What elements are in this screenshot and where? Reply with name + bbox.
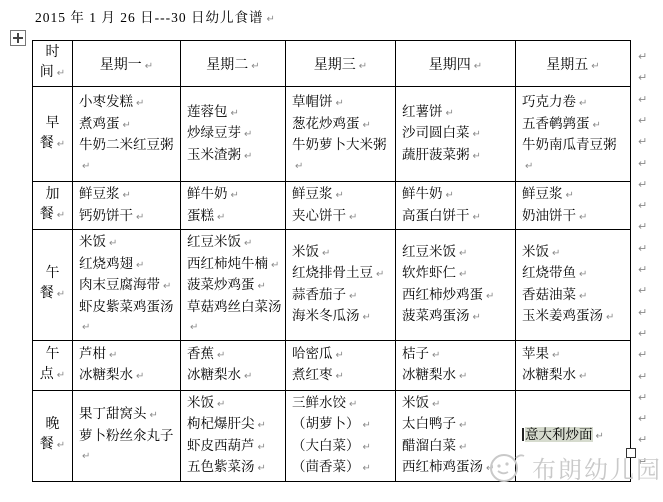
paragraph-mark: ↵ (579, 371, 587, 382)
row-label-char: 餐 (40, 437, 54, 452)
menu-item-text: 牛奶南瓜青豆粥 (522, 137, 617, 152)
menu-cell-dinner-wednesday[interactable]: 三鲜水饺↵（胡萝卜）↵（大白菜）↵（茴香菜）↵ (286, 390, 396, 481)
paragraph-mark: ↵ (231, 190, 239, 201)
paragraph-mark: ↵ (446, 190, 454, 201)
paragraph-mark: ↵ (217, 212, 225, 223)
menu-item: 菠菜炒鸡蛋↵ (187, 275, 282, 297)
menu-item-text: 虾皮紫菜鸡蛋汤 (79, 299, 174, 314)
menu-item-text: 红烧鸡翅 (79, 256, 133, 271)
paragraph-mark: ↵ (322, 248, 330, 259)
menu-cell-morning-snack-tuesday[interactable]: 鲜牛奶↵蛋糕↵ (181, 182, 286, 230)
paragraph-mark: ↵ (109, 350, 117, 361)
menu-item-text: 炒绿豆芽 (187, 125, 241, 140)
paragraph-mark: ↵ (82, 161, 90, 172)
paragraph-mark: ↵ (638, 412, 647, 425)
paragraph-mark: ↵ (638, 348, 647, 361)
menu-item-text: 米饭 (292, 244, 319, 259)
paragraph-mark: ↵ (606, 312, 614, 323)
menu-item-text: 苹果 (522, 346, 549, 361)
paragraph-mark: ↵ (525, 161, 533, 172)
paragraph-mark: ↵ (486, 291, 494, 302)
menu-cell-breakfast-thursday[interactable]: 红薯饼↵沙司圆白菜↵蔬肝菠菜粥↵ (396, 87, 516, 182)
menu-cell-breakfast-friday[interactable]: 巧克力卷↵五香鹌鹑蛋↵牛奶南瓜青豆粥↵ (516, 87, 631, 182)
menu-item: 芦柑↵ (79, 344, 177, 366)
menu-item: 意大利炒面↵ (522, 425, 627, 447)
doc-title[interactable]: 2015 年 1 月 26 日---30 日幼儿食谱↵ (35, 6, 276, 26)
paragraph-mark: ↵ (638, 157, 647, 170)
header-day-tuesday[interactable]: 星期二↵ (181, 41, 286, 87)
menu-cell-dinner-monday[interactable]: 果丁甜窝头↵萝卜粉丝氽丸子↵ (73, 390, 181, 481)
menu-item-text: 西红柿炖牛楠 (187, 256, 268, 271)
paragraph-mark: ↵ (566, 190, 574, 201)
paragraph-mark: ↵ (359, 61, 367, 72)
paragraph-mark: ↵ (638, 199, 647, 212)
menu-item-text: 钙奶饼干 (79, 208, 133, 223)
paragraph-mark: ↵ (57, 68, 65, 79)
paragraph-mark: ↵ (217, 350, 225, 361)
row-label-char: 午 (46, 347, 60, 362)
paragraph-mark: ↵ (349, 212, 357, 223)
menu-item-text: 奶油饼干 (522, 208, 576, 223)
menu-item-text: 米饭 (79, 234, 106, 249)
menu-item-text: 五色紫菜汤 (187, 459, 255, 474)
table-move-handle[interactable] (10, 30, 26, 46)
menu-item-text: 红豆米饭 (402, 244, 456, 259)
menu-item-text: 芦柑 (79, 346, 106, 361)
menu-item: 奶油饼干↵ (522, 206, 627, 228)
menu-item: 五色紫菜汤↵ (187, 457, 282, 479)
paragraph-mark: ↵ (596, 431, 604, 442)
menu-item: 桔子↵ (402, 344, 512, 366)
menu-item: 米饭↵ (79, 232, 177, 254)
paragraph-mark: ↵ (579, 291, 587, 302)
row-label-char: 时 (46, 45, 60, 60)
menu-item: 鲜豆浆↵ (522, 184, 627, 206)
header-day-thursday[interactable]: 星期四↵ (396, 41, 516, 87)
paragraph-mark: ↵ (591, 61, 599, 72)
menu-item-text: 红烧排骨土豆 (292, 265, 373, 280)
paragraph-mark: ↵ (363, 312, 371, 323)
menu-cell-afternoon-snack-monday[interactable]: 芦柑↵冰糖梨水↵ (73, 340, 181, 390)
menu-cell-morning-snack-monday[interactable]: 鲜豆浆↵钙奶饼干↵ (73, 182, 181, 230)
paragraph-mark: ↵ (258, 420, 266, 431)
paragraph-mark: ↵ (57, 289, 65, 300)
menu-item: 虾皮西葫芦↵ (187, 436, 282, 458)
menu-item: 鲜牛奶↵ (187, 184, 282, 206)
menu-cell-breakfast-monday[interactable]: 小枣发糕↵煮鸡蛋↵牛奶二米红豆粥↵ (73, 87, 181, 182)
menu-item-text: 蛋糕 (187, 208, 214, 223)
menu-cell-morning-snack-wednesday[interactable]: 鲜豆浆↵夹心饼干↵ (286, 182, 396, 230)
paragraph-mark: ↵ (244, 129, 252, 140)
paragraph-mark: ↵ (363, 442, 371, 453)
paragraph-mark: ↵ (258, 442, 266, 453)
paragraph-mark: ↵ (231, 108, 239, 119)
menu-item: 鲜牛奶↵ (402, 184, 512, 206)
menu-item: 冰糖梨水↵ (522, 365, 627, 387)
row-label-char: 加 (46, 187, 60, 202)
row-label-afternoon-snack[interactable]: 午点↵ (33, 340, 73, 390)
paragraph-mark: ↵ (258, 463, 266, 474)
menu-item-text: 煮鸡蛋 (79, 116, 120, 131)
paragraph-mark: ↵ (638, 71, 647, 84)
paragraph-mark: ↵ (638, 220, 647, 233)
paragraph-mark: ↵ (579, 98, 587, 109)
menu-item-text: 蔬肝菠菜粥 (402, 147, 470, 162)
menu-item-text: 玉米姜鸡蛋汤 (522, 308, 603, 323)
menu-item-text: 意大利炒面 (525, 427, 593, 442)
menu-item: 草帽饼↵ (292, 92, 392, 114)
paragraph-mark: ↵ (267, 14, 276, 25)
paragraph-mark: ↵ (57, 440, 65, 451)
paragraph-mark: ↵ (123, 190, 131, 201)
menu-item: 红烧带鱼↵ (522, 263, 627, 285)
menu-item-text: 香蕉 (187, 346, 214, 361)
menu-cell-dinner-tuesday[interactable]: 米饭↵枸杞爆肝尖↵虾皮西葫芦↵五色紫菜汤↵ (181, 390, 286, 481)
paragraph-mark: ↵ (579, 269, 587, 280)
paragraph-mark: ↵ (363, 463, 371, 474)
row-label-char: 午 (46, 266, 60, 281)
menu-item: 太白鸭子↵ (402, 414, 512, 436)
row-label-char: 点 (40, 367, 54, 382)
menu-item: 菠菜鸡蛋汤↵ (402, 306, 512, 328)
paragraph-mark: ↵ (295, 161, 303, 172)
paragraph-mark: ↵ (57, 370, 65, 381)
menu-item-text: 鲜豆浆 (522, 186, 563, 201)
menu-item-text: 牛奶萝卜大米粥 (292, 137, 387, 152)
menu-item: 海米冬瓜汤↵ (292, 306, 392, 328)
paragraph-mark: ↵ (638, 306, 647, 319)
menu-item-text: 鲜牛奶 (402, 186, 443, 201)
paragraph-mark: ↵ (638, 263, 647, 276)
paragraph-mark: ↵ (473, 129, 481, 140)
paragraph-mark: ↵ (349, 291, 357, 302)
menu-item: 果丁甜窝头↵ (79, 404, 177, 426)
menu-cell-lunch-monday[interactable]: 米饭↵红烧鸡翅↵肉末豆腐海带↵虾皮紫菜鸡蛋汤↵ (73, 230, 181, 341)
menu-item: 红豆米饭↵ (402, 242, 512, 264)
menu-item: 三鲜水饺↵ (292, 393, 392, 415)
paragraph-mark: ↵ (244, 371, 252, 382)
menu-item: 软炸虾仁↵ (402, 263, 512, 285)
menu-item: 虾皮紫菜鸡蛋汤↵ (79, 297, 177, 338)
paragraph-mark: ↵ (82, 451, 90, 462)
menu-item-text: 草菇鸡丝白菜汤 (187, 299, 282, 314)
row-label-char: 早 (46, 116, 60, 131)
menu-item: 鲜豆浆↵ (292, 184, 392, 206)
menu-item-text: （胡萝卜） (292, 416, 360, 431)
menu-item: （胡萝卜）↵ (292, 414, 392, 436)
menu-item-text: 巧克力卷 (522, 94, 576, 109)
menu-item-text: 香菇油菜 (522, 287, 576, 302)
menu-item-text: 西红柿炒鸡蛋 (402, 287, 483, 302)
paragraph-mark: ↵ (363, 420, 371, 431)
menu-item: 小枣发糕↵ (79, 92, 177, 114)
menu-item: 西红柿炒鸡蛋↵ (402, 285, 512, 307)
menu-item: （大白菜）↵ (292, 436, 392, 458)
menu-item-text: 冰糖梨水 (187, 367, 241, 382)
menu-item: 冰糖梨水↵ (402, 365, 512, 387)
paragraph-mark: ↵ (432, 399, 440, 410)
paragraph-mark: ↵ (271, 260, 279, 271)
paragraph-mark: ↵ (638, 135, 647, 148)
menu-item-text: 冰糖梨水 (522, 367, 576, 382)
paragraph-mark: ↵ (459, 269, 467, 280)
paragraph-mark: ↵ (376, 269, 384, 280)
paragraph-mark: ↵ (446, 108, 454, 119)
menu-item-text: 桔子 (402, 346, 429, 361)
paragraph-mark: ↵ (251, 61, 259, 72)
paragraph-mark: ↵ (638, 93, 647, 106)
menu-item-text: 鲜豆浆 (79, 186, 120, 201)
menu-item-text: 牛奶二米红豆粥 (79, 137, 174, 152)
menu-item-text: 高蛋白饼干 (402, 208, 470, 223)
menu-item-text: 莲蓉包 (187, 104, 228, 119)
menu-item-text: 枸杞爆肝尖 (187, 416, 255, 431)
menu-item: 煮鸡蛋↵ (79, 114, 177, 136)
menu-item-text: 煮红枣 (292, 367, 333, 382)
row-label-char: 餐 (40, 136, 54, 151)
paragraph-mark: ↵ (638, 178, 647, 191)
row-label-dinner[interactable]: 晚餐↵ (33, 390, 73, 481)
header-day-wednesday[interactable]: 星期三↵ (286, 41, 396, 87)
paragraph-mark: ↵ (459, 442, 467, 453)
menu-item: 蛋糕↵ (187, 206, 282, 228)
paragraph-mark: ↵ (136, 212, 144, 223)
menu-cell-lunch-friday[interactable]: 米饭↵红烧带鱼↵香菇油菜↵玉米姜鸡蛋汤↵ (516, 230, 631, 341)
header-day-friday[interactable]: 星期五↵ (516, 41, 631, 87)
menu-item: 夹心饼干↵ (292, 206, 392, 228)
row-label-morning-snack[interactable]: 加餐↵ (33, 182, 73, 230)
paragraph-mark: ↵ (638, 114, 647, 127)
menu-item-text: 夹心饼干 (292, 208, 346, 223)
header-day-monday[interactable]: 星期一↵ (73, 41, 181, 87)
menu-table: 时间↵星期一↵星期二↵星期三↵星期四↵星期五↵早餐↵小枣发糕↵煮鸡蛋↵牛奶二米红… (32, 40, 631, 482)
menu-item: 牛奶二米红豆粥↵ (79, 135, 177, 176)
paragraph-mark: ↵ (473, 212, 481, 223)
menu-item: 米饭↵ (522, 242, 627, 264)
move-cross-icon (13, 37, 23, 39)
row-label-char: 餐 (40, 286, 54, 301)
row-label-breakfast[interactable]: 早餐↵ (33, 87, 73, 182)
menu-item-text: 玉米渣粥 (187, 147, 241, 162)
menu-item: 沙司圆白菜↵ (402, 123, 512, 145)
paragraph-mark: ↵ (244, 151, 252, 162)
menu-item: 香菇油菜↵ (522, 285, 627, 307)
menu-item-text: 果丁甜窝头 (79, 406, 147, 421)
menu-item-text: 鲜牛奶 (187, 186, 228, 201)
paragraph-mark: ↵ (57, 210, 65, 221)
menu-item: 蒜香茄子↵ (292, 285, 392, 307)
menu-cell-morning-snack-thursday[interactable]: 鲜牛奶↵高蛋白饼干↵ (396, 182, 516, 230)
menu-cell-afternoon-snack-thursday[interactable]: 桔子↵冰糖梨水↵ (396, 340, 516, 390)
menu-cell-afternoon-snack-friday[interactable]: 苹果↵冰糖梨水↵ (516, 340, 631, 390)
paragraph-mark: ↵ (638, 50, 647, 63)
menu-item-text: 太白鸭子 (402, 416, 456, 431)
paragraph-mark: ↵ (163, 281, 171, 292)
menu-item-text: 虾皮西葫芦 (187, 438, 255, 453)
menu-cell-lunch-thursday[interactable]: 红豆米饭↵软炸虾仁↵西红柿炒鸡蛋↵菠菜鸡蛋汤↵ (396, 230, 516, 341)
row-label-char: 餐 (40, 207, 54, 222)
paragraph-mark: ↵ (136, 98, 144, 109)
day-label: 星期三 (314, 58, 356, 73)
paragraph-mark: ↵ (150, 410, 158, 421)
paragraph-mark: ↵ (459, 371, 467, 382)
menu-cell-breakfast-tuesday[interactable]: 莲蓉包↵炒绿豆芽↵玉米渣粥↵ (181, 87, 286, 182)
menu-item-text: 冰糖梨水 (402, 367, 456, 382)
menu-item-text: 葱花炒鸡蛋 (292, 116, 360, 131)
menu-item-text: 萝卜粉丝氽丸子 (79, 428, 174, 443)
watermark: 布朗幼儿园 (486, 448, 662, 486)
menu-item: 红烧鸡翅↵ (79, 254, 177, 276)
paragraph-mark: ↵ (136, 260, 144, 271)
menu-item-text: 鲜豆浆 (292, 186, 333, 201)
menu-item-text: 红烧带鱼 (522, 265, 576, 280)
paragraph-mark: ↵ (473, 151, 481, 162)
menu-item-text: 菠菜鸡蛋汤 (402, 308, 470, 323)
row-label-lunch[interactable]: 午餐↵ (33, 230, 73, 341)
paragraph-mark: ↵ (593, 120, 601, 131)
menu-item-text: 哈密瓜 (292, 346, 333, 361)
menu-item-text: 红豆米饭 (187, 234, 241, 249)
menu-item: 高蛋白饼干↵ (402, 206, 512, 228)
header-time[interactable]: 时间↵ (33, 41, 73, 87)
paragraph-mark: ↵ (473, 312, 481, 323)
menu-cell-morning-snack-friday[interactable]: 鲜豆浆↵奶油饼干↵ (516, 182, 631, 230)
menu-item: 西红柿炖牛楠↵ (187, 254, 282, 276)
paragraph-mark: ↵ (638, 433, 647, 446)
menu-item: 葱花炒鸡蛋↵ (292, 114, 392, 136)
day-label: 星期一 (100, 58, 142, 73)
menu-item-text: 小枣发糕 (79, 94, 133, 109)
menu-item: 牛奶南瓜青豆粥↵ (522, 135, 627, 176)
day-label: 星期二 (206, 58, 248, 73)
menu-item: 苹果↵ (522, 344, 627, 366)
menu-item: 米饭↵ (292, 242, 392, 264)
menu-item: 煮红枣↵ (292, 365, 392, 387)
menu-item-text: 软炸虾仁 (402, 265, 456, 280)
menu-item: 玉米姜鸡蛋汤↵ (522, 306, 627, 328)
paragraph-mark: ↵ (123, 120, 131, 131)
paragraph-mark: ↵ (190, 322, 198, 333)
menu-item-text: 草帽饼 (292, 94, 333, 109)
menu-item-text: 米饭 (522, 244, 549, 259)
menu-item-text: 蒜香茄子 (292, 287, 346, 302)
menu-cell-afternoon-snack-tuesday[interactable]: 香蕉↵冰糖梨水↵ (181, 340, 286, 390)
paragraph-mark: ↵ (217, 399, 225, 410)
paragraph-mark: ↵ (109, 238, 117, 249)
paragraph-mark: ↵ (258, 281, 266, 292)
paragraph-mark: ↵ (82, 322, 90, 333)
menu-item: 冰糖梨水↵ (187, 365, 282, 387)
menu-item: 红烧排骨土豆↵ (292, 263, 392, 285)
row-label-char: 间 (40, 65, 54, 80)
menu-item: 莲蓉包↵ (187, 102, 282, 124)
menu-cell-lunch-tuesday[interactable]: 红豆米饭↵西红柿炖牛楠↵菠菜炒鸡蛋↵草菇鸡丝白菜汤↵ (181, 230, 286, 341)
menu-item: 米饭↵ (402, 393, 512, 415)
menu-cell-lunch-wednesday[interactable]: 米饭↵红烧排骨土豆↵蒜香茄子↵海米冬瓜汤↵ (286, 230, 396, 341)
menu-item: 红薯饼↵ (402, 102, 512, 124)
menu-cell-breakfast-wednesday[interactable]: 草帽饼↵葱花炒鸡蛋↵牛奶萝卜大米粥↵ (286, 87, 396, 182)
menu-item: 哈密瓜↵ (292, 344, 392, 366)
menu-item-text: （茴香菜） (292, 459, 360, 474)
watermark-logo-icon (486, 448, 526, 486)
paragraph-mark: ↵ (336, 371, 344, 382)
menu-item: 米饭↵ (187, 393, 282, 415)
text-cursor (522, 428, 524, 441)
paragraph-mark: ↵ (145, 61, 153, 72)
menu-item: 巧克力卷↵ (522, 92, 627, 114)
menu-item: 红豆米饭↵ (187, 232, 282, 254)
menu-item-text: 米饭 (402, 395, 429, 410)
row-label-char: 晚 (46, 417, 60, 432)
menu-item-text: （大白菜） (292, 438, 360, 453)
menu-item-text: 海米冬瓜汤 (292, 308, 360, 323)
paragraph-mark: ↵ (57, 139, 65, 150)
menu-item-text: 西红柿鸡蛋汤 (402, 459, 483, 474)
paragraph-mark: ↵ (638, 284, 647, 297)
menu-item: 鲜豆浆↵ (79, 184, 177, 206)
menu-item: 玉米渣粥↵ (187, 145, 282, 167)
paragraph-mark: ↵ (363, 120, 371, 131)
menu-item: 冰糖梨水↵ (79, 365, 177, 387)
paragraph-mark: ↵ (474, 61, 482, 72)
paragraph-mark: ↵ (552, 350, 560, 361)
menu-item-text: 沙司圆白菜 (402, 125, 470, 140)
menu-item: 萝卜粉丝氽丸子↵ (79, 426, 177, 467)
watermark-text: 布朗幼儿园 (532, 450, 662, 485)
margin-paragraph-marks: ↵↵↵↵↵↵↵↵↵↵↵↵↵↵↵↵↵↵↵↵ (638, 0, 660, 502)
menu-item-text: 红薯饼 (402, 104, 443, 119)
paragraph-mark: ↵ (579, 212, 587, 223)
menu-item: 五香鹌鹑蛋↵ (522, 114, 627, 136)
paragraph-mark: ↵ (638, 370, 647, 383)
paragraph-mark: ↵ (336, 190, 344, 201)
paragraph-mark: ↵ (244, 238, 252, 249)
paragraph-mark: ↵ (638, 327, 647, 340)
menu-item: 炒绿豆芽↵ (187, 123, 282, 145)
paragraph-mark: ↵ (349, 399, 357, 410)
doc-title-text: 2015 年 1 月 26 日---30 日幼儿食谱 (35, 10, 264, 25)
paragraph-mark: ↵ (136, 371, 144, 382)
paragraph-mark: ↵ (552, 248, 560, 259)
menu-cell-afternoon-snack-wednesday[interactable]: 哈密瓜↵煮红枣↵ (286, 340, 396, 390)
paragraph-mark: ↵ (459, 420, 467, 431)
menu-item: 蔬肝菠菜粥↵ (402, 145, 512, 167)
menu-item: 香蕉↵ (187, 344, 282, 366)
menu-item-text: 肉末豆腐海带 (79, 277, 160, 292)
menu-item-text: 醋溜白菜 (402, 438, 456, 453)
menu-item-text: 五香鹌鹑蛋 (522, 116, 590, 131)
day-label: 星期四 (429, 58, 471, 73)
menu-item: 枸杞爆肝尖↵ (187, 414, 282, 436)
menu-item-text: 菠菜炒鸡蛋 (187, 277, 255, 292)
menu-item-text: 米饭 (187, 395, 214, 410)
menu-item: 牛奶萝卜大米粥↵ (292, 135, 392, 176)
paragraph-mark: ↵ (638, 391, 647, 404)
paragraph-mark: ↵ (638, 242, 647, 255)
paragraph-mark: ↵ (336, 98, 344, 109)
menu-item-text: 冰糖梨水 (79, 367, 133, 382)
paragraph-mark: ↵ (336, 350, 344, 361)
paragraph-mark: ↵ (459, 248, 467, 259)
menu-item-text: 三鲜水饺 (292, 395, 346, 410)
menu-item: 草菇鸡丝白菜汤↵ (187, 297, 282, 338)
day-label: 星期五 (546, 58, 588, 73)
menu-item: 肉末豆腐海带↵ (79, 275, 177, 297)
menu-item: （茴香菜）↵ (292, 457, 392, 479)
paragraph-mark: ↵ (432, 350, 440, 361)
menu-item: 钙奶饼干↵ (79, 206, 177, 228)
